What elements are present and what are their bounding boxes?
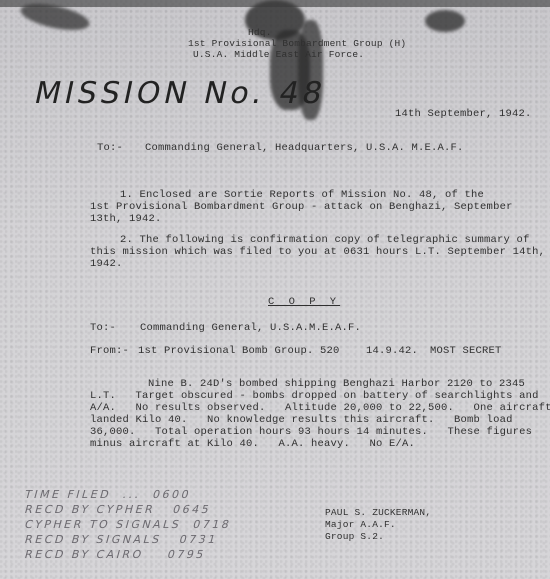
signature-name: PAUL S. ZUCKERMAN, [325, 507, 431, 519]
signature-rank: Major A.A.F. [325, 519, 396, 531]
handwritten-note: TIME FILED ... 0600 [23, 488, 192, 501]
message-date: 14.9.42. [366, 345, 418, 357]
classification: MOST SECRET [430, 345, 502, 357]
handwritten-note: RECD BY CAIRO 0795 [23, 548, 207, 561]
summary-line: A/A. No results observed. Altitude 20,00… [90, 402, 550, 414]
to-recipient: Commanding General, Headquarters, U.S.A.… [145, 142, 464, 154]
copy-from-label: From:- [90, 345, 129, 357]
ink-stain [425, 10, 465, 32]
summary-line: Nine B. 24D's bombed shipping Benghazi H… [148, 378, 525, 390]
document-page: Hdq. 1st Provisional Bombardment Group (… [0, 0, 550, 579]
copy-to-recipient: Commanding General, U.S.A.M.E.A.F. [140, 322, 361, 334]
copy-heading: C O P Y [268, 296, 340, 308]
handwritten-note: CYPHER TO SIGNALS 0718 [23, 518, 233, 531]
handwritten-note: RECD BY CYPHER 0645 [23, 503, 213, 516]
summary-line: L.T. Target obscured - bombs dropped on … [90, 390, 539, 402]
message-number: 520 [320, 345, 340, 357]
paragraph1-line1: 1. Enclosed are Sortie Reports of Missio… [120, 189, 484, 201]
handwritten-note: RECD BY SIGNALS 0731 [23, 533, 219, 546]
document-date: 14th September, 1942. [395, 108, 532, 120]
paragraph2-line1: 2. The following is confirmation copy of… [120, 234, 530, 246]
copy-from-sender: 1st Provisional Bomb Group. [138, 345, 314, 357]
paragraph1-line3: 13th, 1942. [90, 213, 162, 225]
signature-unit: Group S.2. [325, 531, 384, 543]
paragraph2-line3: 1942. [90, 258, 123, 270]
paragraph2-line2: this mission which was filed to you at 0… [90, 246, 545, 258]
letterhead-line3: U.S.A. Middle East Air Force. [193, 49, 364, 61]
handwritten-mission-title: MISSION No. 48 [31, 76, 329, 111]
to-label: To:- [97, 142, 123, 154]
summary-line: 36,000. Total operation hours 93 hours 1… [90, 426, 532, 438]
paragraph1-line2: 1st Provisional Bombardment Group - atta… [90, 201, 513, 213]
summary-line: landed Kilo 40. No knowledge results thi… [90, 414, 513, 426]
copy-to-label: To:- [90, 322, 116, 334]
top-edge-damage [0, 0, 550, 7]
summary-line: minus aircraft at Kilo 40. A.A. heavy. N… [90, 438, 415, 450]
